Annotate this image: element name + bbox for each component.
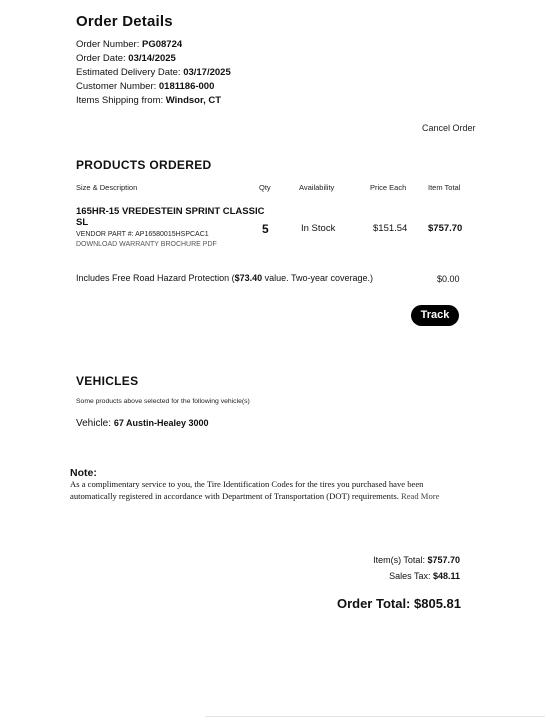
- track-button[interactable]: Track: [411, 305, 459, 326]
- shipping-from-value: Windsor, CT: [166, 95, 221, 106]
- road-hazard-prefix: Includes Free Road Hazard Protection (: [76, 273, 235, 283]
- order-date: Order Date: 03/14/2025: [76, 52, 231, 66]
- vehicles-subtitle: Some products above selected for the fol…: [76, 398, 250, 405]
- col-header-description: Size & Description: [76, 183, 137, 192]
- order-number: Order Number: PG08724: [76, 38, 231, 52]
- delivery-date-label: Estimated Delivery Date:: [76, 67, 183, 78]
- customer-number: Customer Number: 0181186-000: [76, 80, 231, 94]
- product-availability: In Stock: [301, 223, 335, 234]
- vehicles-title: VEHICLES: [76, 374, 138, 388]
- sales-tax: Sales Tax: $48.11: [389, 571, 460, 581]
- product-name-line1: 165HR-15 VREDESTEIN SPRINT CLASSIC: [76, 206, 264, 217]
- order-number-value: PG08724: [142, 39, 182, 50]
- items-total-label: Item(s) Total:: [373, 555, 427, 565]
- delivery-date-value: 03/17/2025: [183, 67, 231, 78]
- vehicle-label: Vehicle:: [76, 418, 114, 429]
- col-header-price-each: Price Each: [370, 183, 406, 192]
- read-more-link[interactable]: Read More: [401, 491, 439, 501]
- shipping-from-label: Items Shipping from:: [76, 95, 166, 106]
- customer-number-value: 0181186-000: [159, 81, 214, 92]
- road-hazard-price: $0.00: [437, 274, 460, 284]
- order-number-label: Order Number:: [76, 39, 142, 50]
- road-hazard-value: $73.40: [235, 273, 263, 283]
- note-body: As a complimentary service to you, the T…: [70, 479, 423, 501]
- order-date-value: 03/14/2025: [128, 53, 176, 64]
- product-name-line2: SL: [76, 217, 264, 228]
- sales-tax-value: $48.11: [433, 571, 460, 581]
- order-total: Order Total: $805.81: [337, 596, 461, 611]
- col-header-availability: Availability: [299, 183, 334, 192]
- items-total: Item(s) Total: $757.70: [373, 555, 460, 565]
- product-item-total: $757.70: [428, 223, 462, 234]
- note-title: Note:: [70, 467, 97, 479]
- estimated-delivery-date: Estimated Delivery Date: 03/17/2025: [76, 66, 231, 80]
- items-total-value: $757.70: [427, 555, 460, 565]
- divider: [205, 716, 545, 717]
- download-warranty-link[interactable]: DOWNLOAD WARRANTY BROCHURE PDF: [76, 241, 217, 248]
- vendor-part: VENDOR PART #: AP16580015HSPCAC1: [76, 231, 209, 238]
- order-total-value: $805.81: [414, 596, 461, 611]
- products-ordered-title: PRODUCTS ORDERED: [76, 158, 211, 172]
- road-hazard-suffix: value. Two-year coverage.): [262, 273, 373, 283]
- customer-number-label: Customer Number:: [76, 81, 159, 92]
- shipping-from: Items Shipping from: Windsor, CT: [76, 94, 231, 108]
- cancel-order-link[interactable]: Cancel Order: [422, 123, 476, 133]
- product-price-each: $151.54: [373, 223, 407, 234]
- note-text: As a complimentary service to you, the T…: [70, 479, 460, 502]
- road-hazard-description: Includes Free Road Hazard Protection ($7…: [76, 273, 373, 283]
- order-date-label: Order Date:: [76, 53, 128, 64]
- vehicle-value: 67 Austin-Healey 3000: [114, 418, 209, 428]
- order-details-title: Order Details: [76, 13, 173, 30]
- col-header-item-total: Item Total: [428, 183, 460, 192]
- col-header-qty: Qty: [259, 183, 271, 192]
- product-name: 165HR-15 VREDESTEIN SPRINT CLASSIC SL: [76, 206, 264, 228]
- order-total-label: Order Total:: [337, 596, 414, 611]
- product-qty: 5: [262, 222, 269, 236]
- sales-tax-label: Sales Tax:: [389, 571, 433, 581]
- vehicle-entry: Vehicle: 67 Austin-Healey 3000: [76, 418, 209, 429]
- order-details-fields: Order Number: PG08724 Order Date: 03/14/…: [76, 38, 231, 108]
